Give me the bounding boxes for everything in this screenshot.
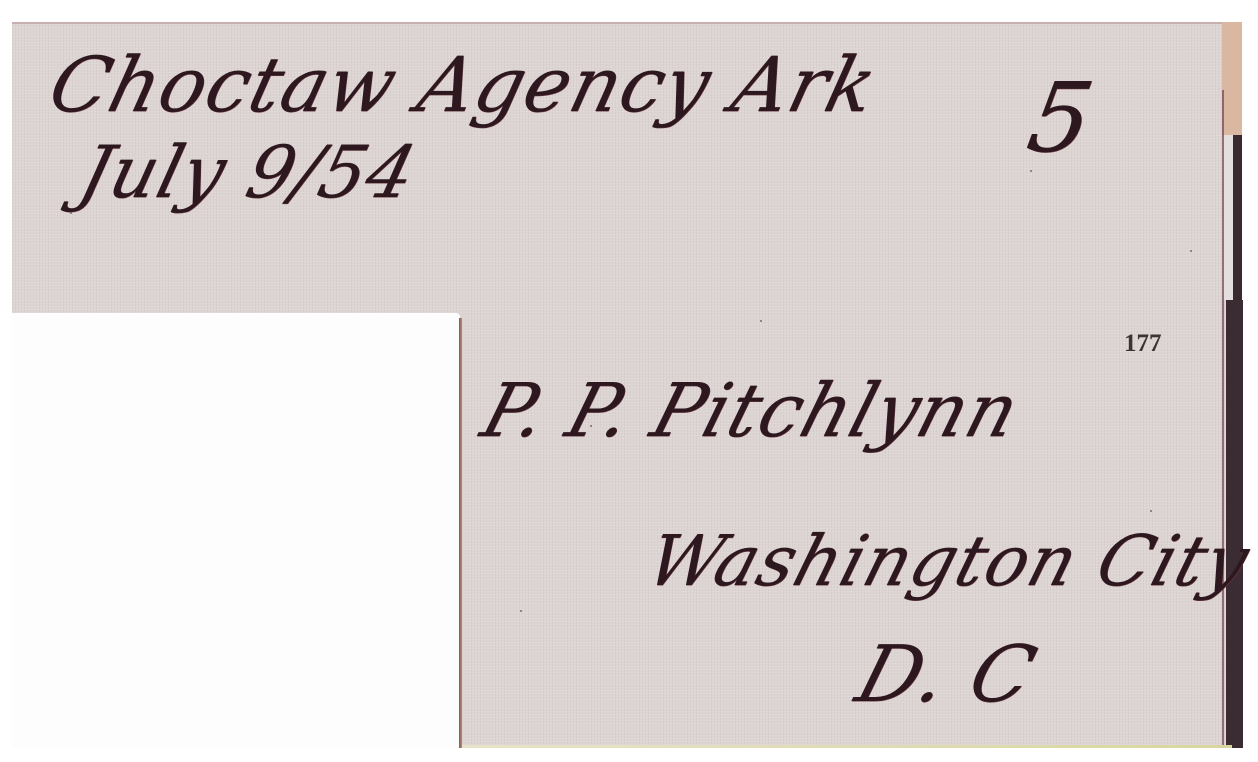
paper-speck: [1190, 250, 1192, 252]
paper-speck: [1150, 510, 1152, 512]
paper-speck: [760, 320, 762, 322]
paper-speck: [590, 425, 592, 427]
patch-torn-edge: [459, 318, 462, 748]
heading-place: Choctaw Agency Ark: [41, 40, 886, 129]
page-number: 177: [1124, 330, 1162, 358]
addressee-name: P. P. Pitchlynn: [473, 368, 1029, 454]
binding-strip-tan: [1222, 22, 1242, 135]
address-district: D. C: [847, 630, 1046, 720]
sheet-bottom-edge: [462, 745, 1232, 748]
blank-paper-patch: [12, 313, 460, 748]
address-city: Washington City: [638, 520, 1258, 602]
sheet-top-edge: [12, 22, 1230, 24]
paper-speck: [520, 610, 522, 612]
binding-strip-dark-upper: [1233, 135, 1242, 300]
paper-speck: [1030, 170, 1032, 172]
paper-speck: [70, 212, 72, 214]
right-margin-line: [1222, 90, 1224, 748]
heading-date: July 9/54: [72, 130, 425, 214]
